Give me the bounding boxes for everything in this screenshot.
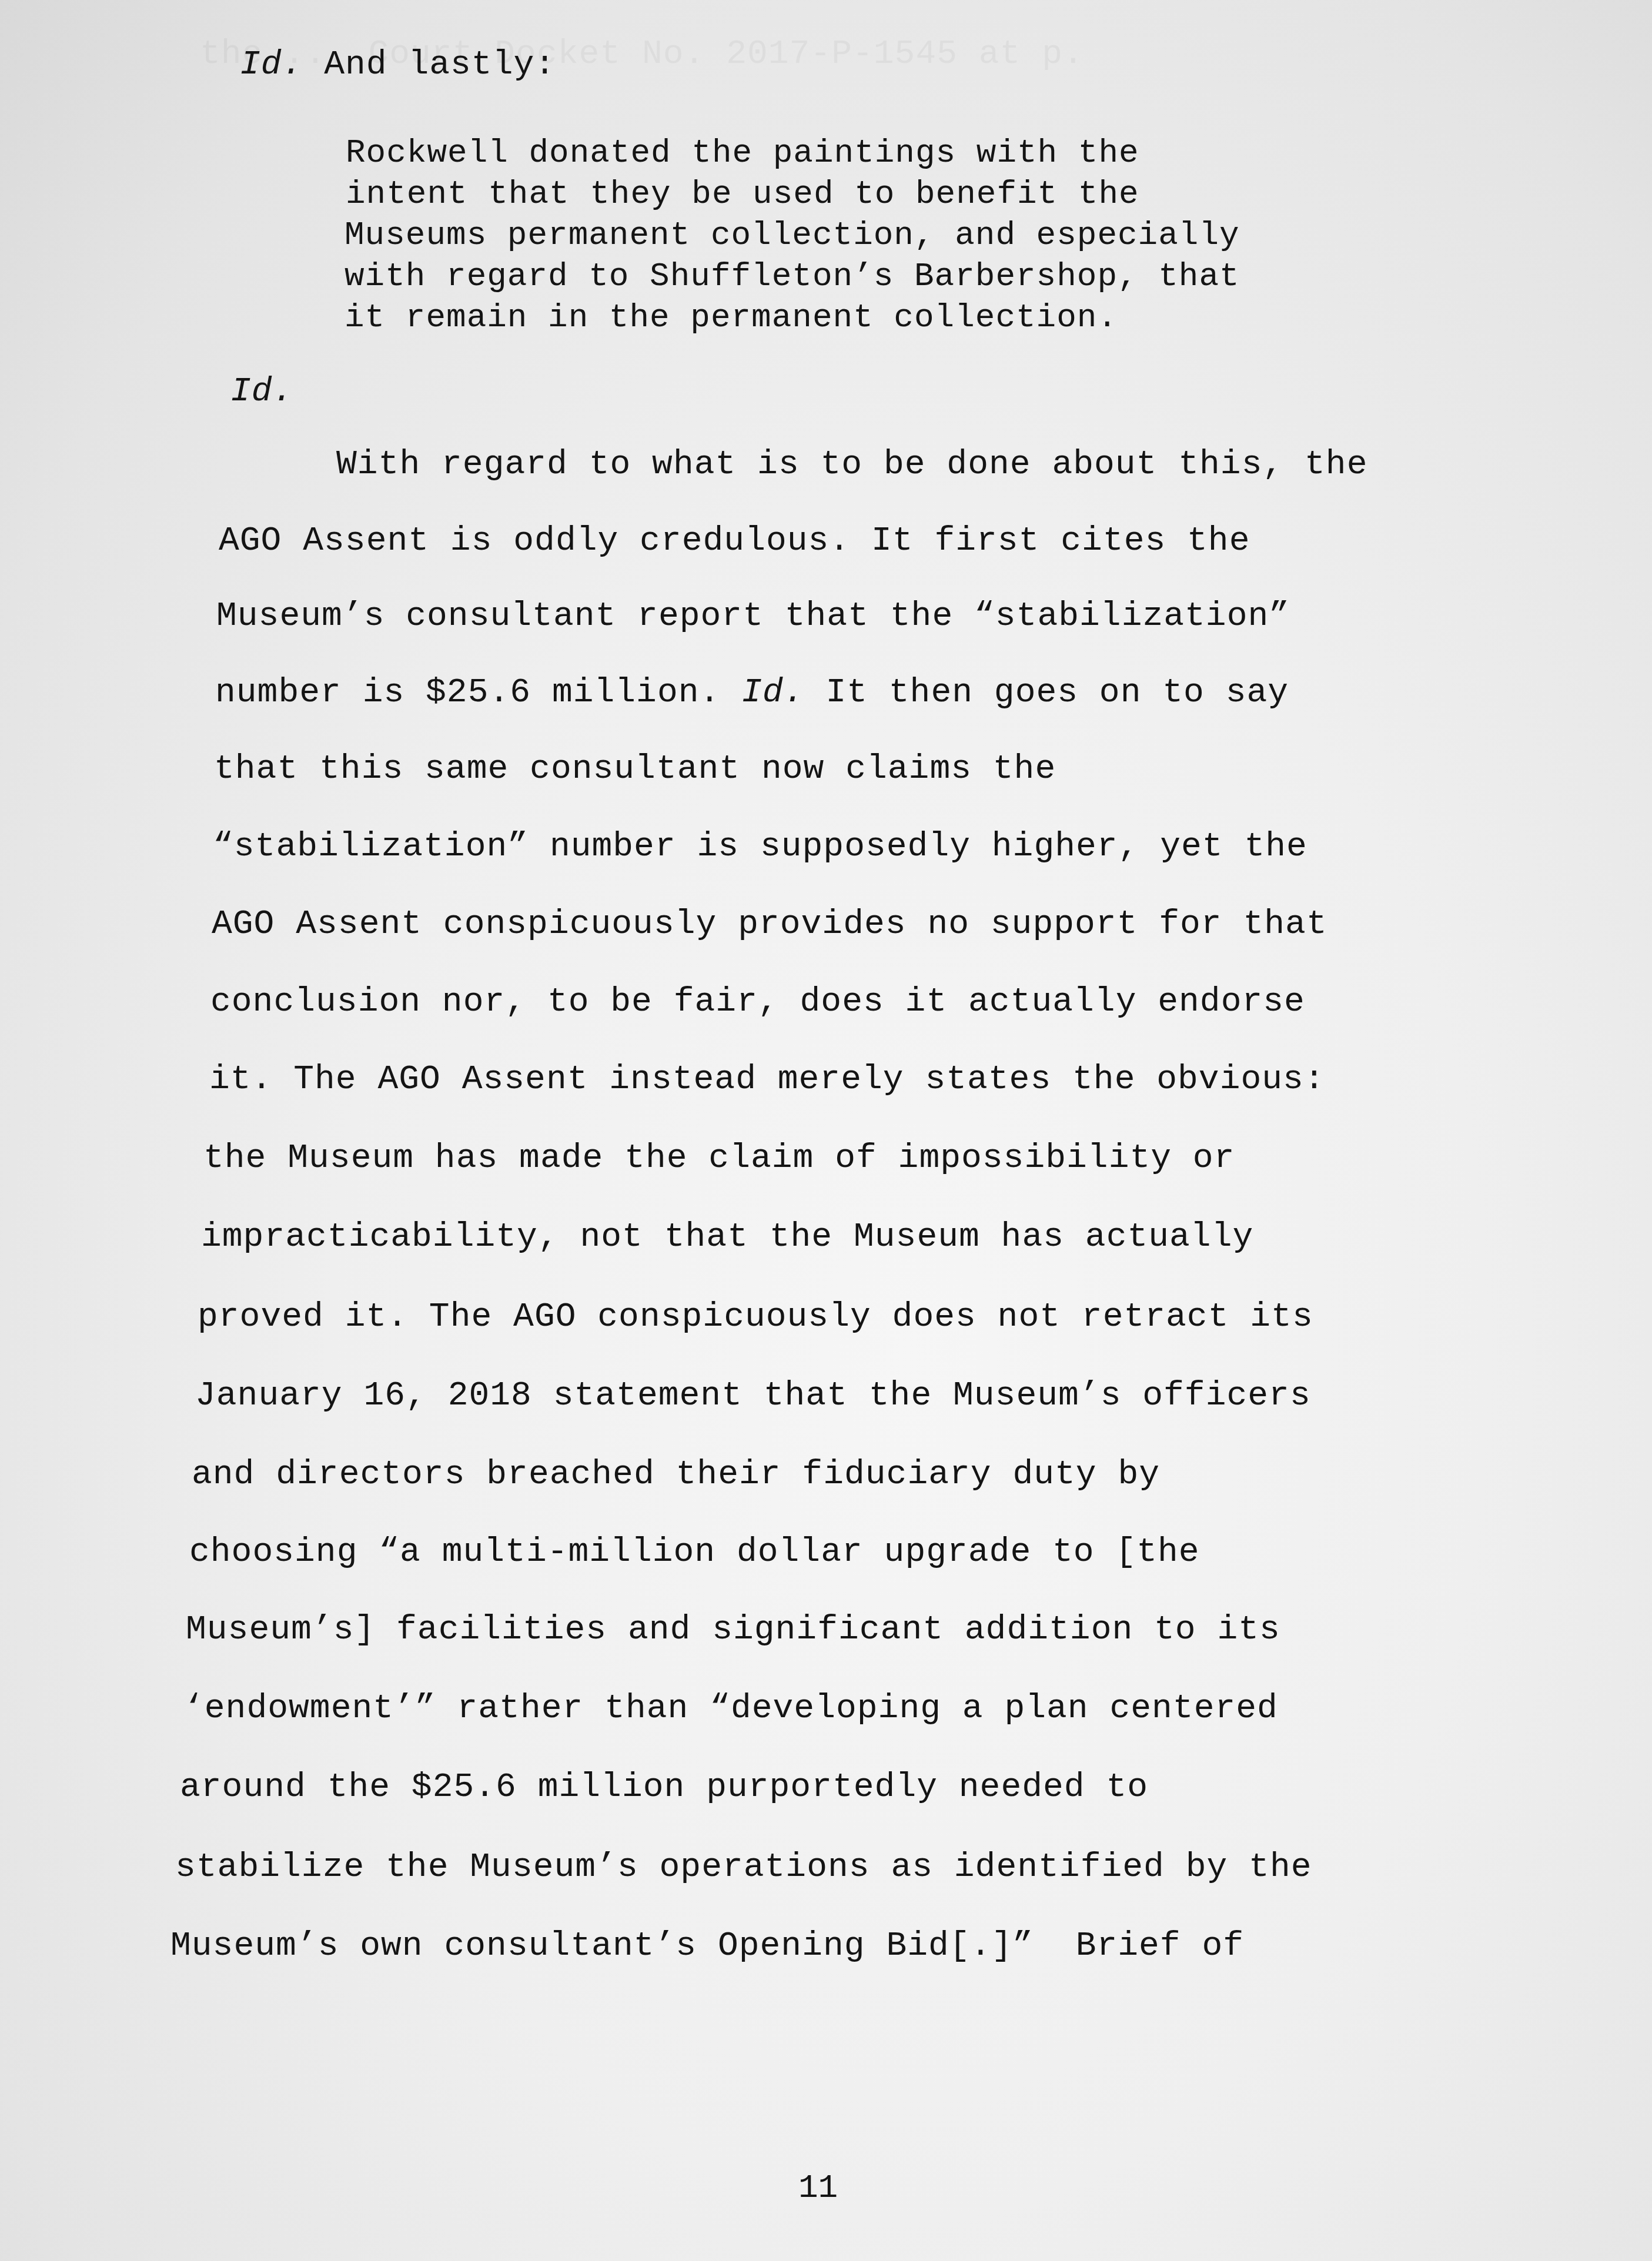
body-line: “stabilization” number is supposedly hig… [213,830,1307,864]
body-line: around the $25.6 million purportedly nee… [180,1771,1148,1805]
block-quote-line: with regard to Shuffleton’s Barbershop, … [345,260,1240,293]
body-line: AGO Assent is oddly credulous. It first … [219,524,1250,558]
body-line: January 16, 2018 statement that the Muse… [195,1379,1311,1413]
body-line: conclusion nor, to be fair, does it actu… [210,985,1305,1019]
page-number: 11 [798,2169,838,2207]
body-line: that this same consultant now claims the [214,752,1056,787]
body-line: With regard to what is to be done about … [336,448,1367,482]
body-line: and directors breached their fiduciary d… [192,1458,1160,1492]
body-line: choosing “a multi-million dollar upgrade… [189,1536,1200,1570]
block-quote-line: intent that they be used to benefit the [346,178,1139,210]
intro-line: Id. And lastly: [240,48,556,82]
citation-id: Id. [741,674,804,712]
body-line: Museum’s consultant report that the “sta… [216,600,1290,634]
body-line: proved it. The AGO conspicuously does no… [198,1300,1313,1334]
block-quote-line: it remain in the permanent collection. [345,301,1118,334]
body-line: it. The AGO Assent instead merely states… [209,1063,1325,1097]
document-page: the ... Court Docket No. 2017-P-1545 at … [0,0,1652,2261]
body-line: Museum’s] facilities and significant add… [186,1613,1280,1647]
body-line: AGO Assent conspicuously provides no sup… [212,908,1327,942]
body-line: number is $25.6 million. Id. It then goe… [215,676,1289,710]
block-quote-line: Museums permanent collection, and especi… [345,219,1240,252]
body-line: impracticability, not that the Museum ha… [201,1220,1253,1255]
body-line: the Museum has made the claim of impossi… [203,1142,1235,1176]
body-line: ‘endowment’” rather than “developing a p… [183,1692,1278,1726]
citation-id: Id. [230,375,293,409]
citation-id: Id. [240,46,303,84]
body-line: Museum’s own consultant’s Opening Bid[.]… [170,1929,1244,1964]
block-quote-line: Rockwell donated the paintings with the [346,136,1139,169]
body-line: stabilize the Museum’s operations as ide… [175,1851,1312,1885]
